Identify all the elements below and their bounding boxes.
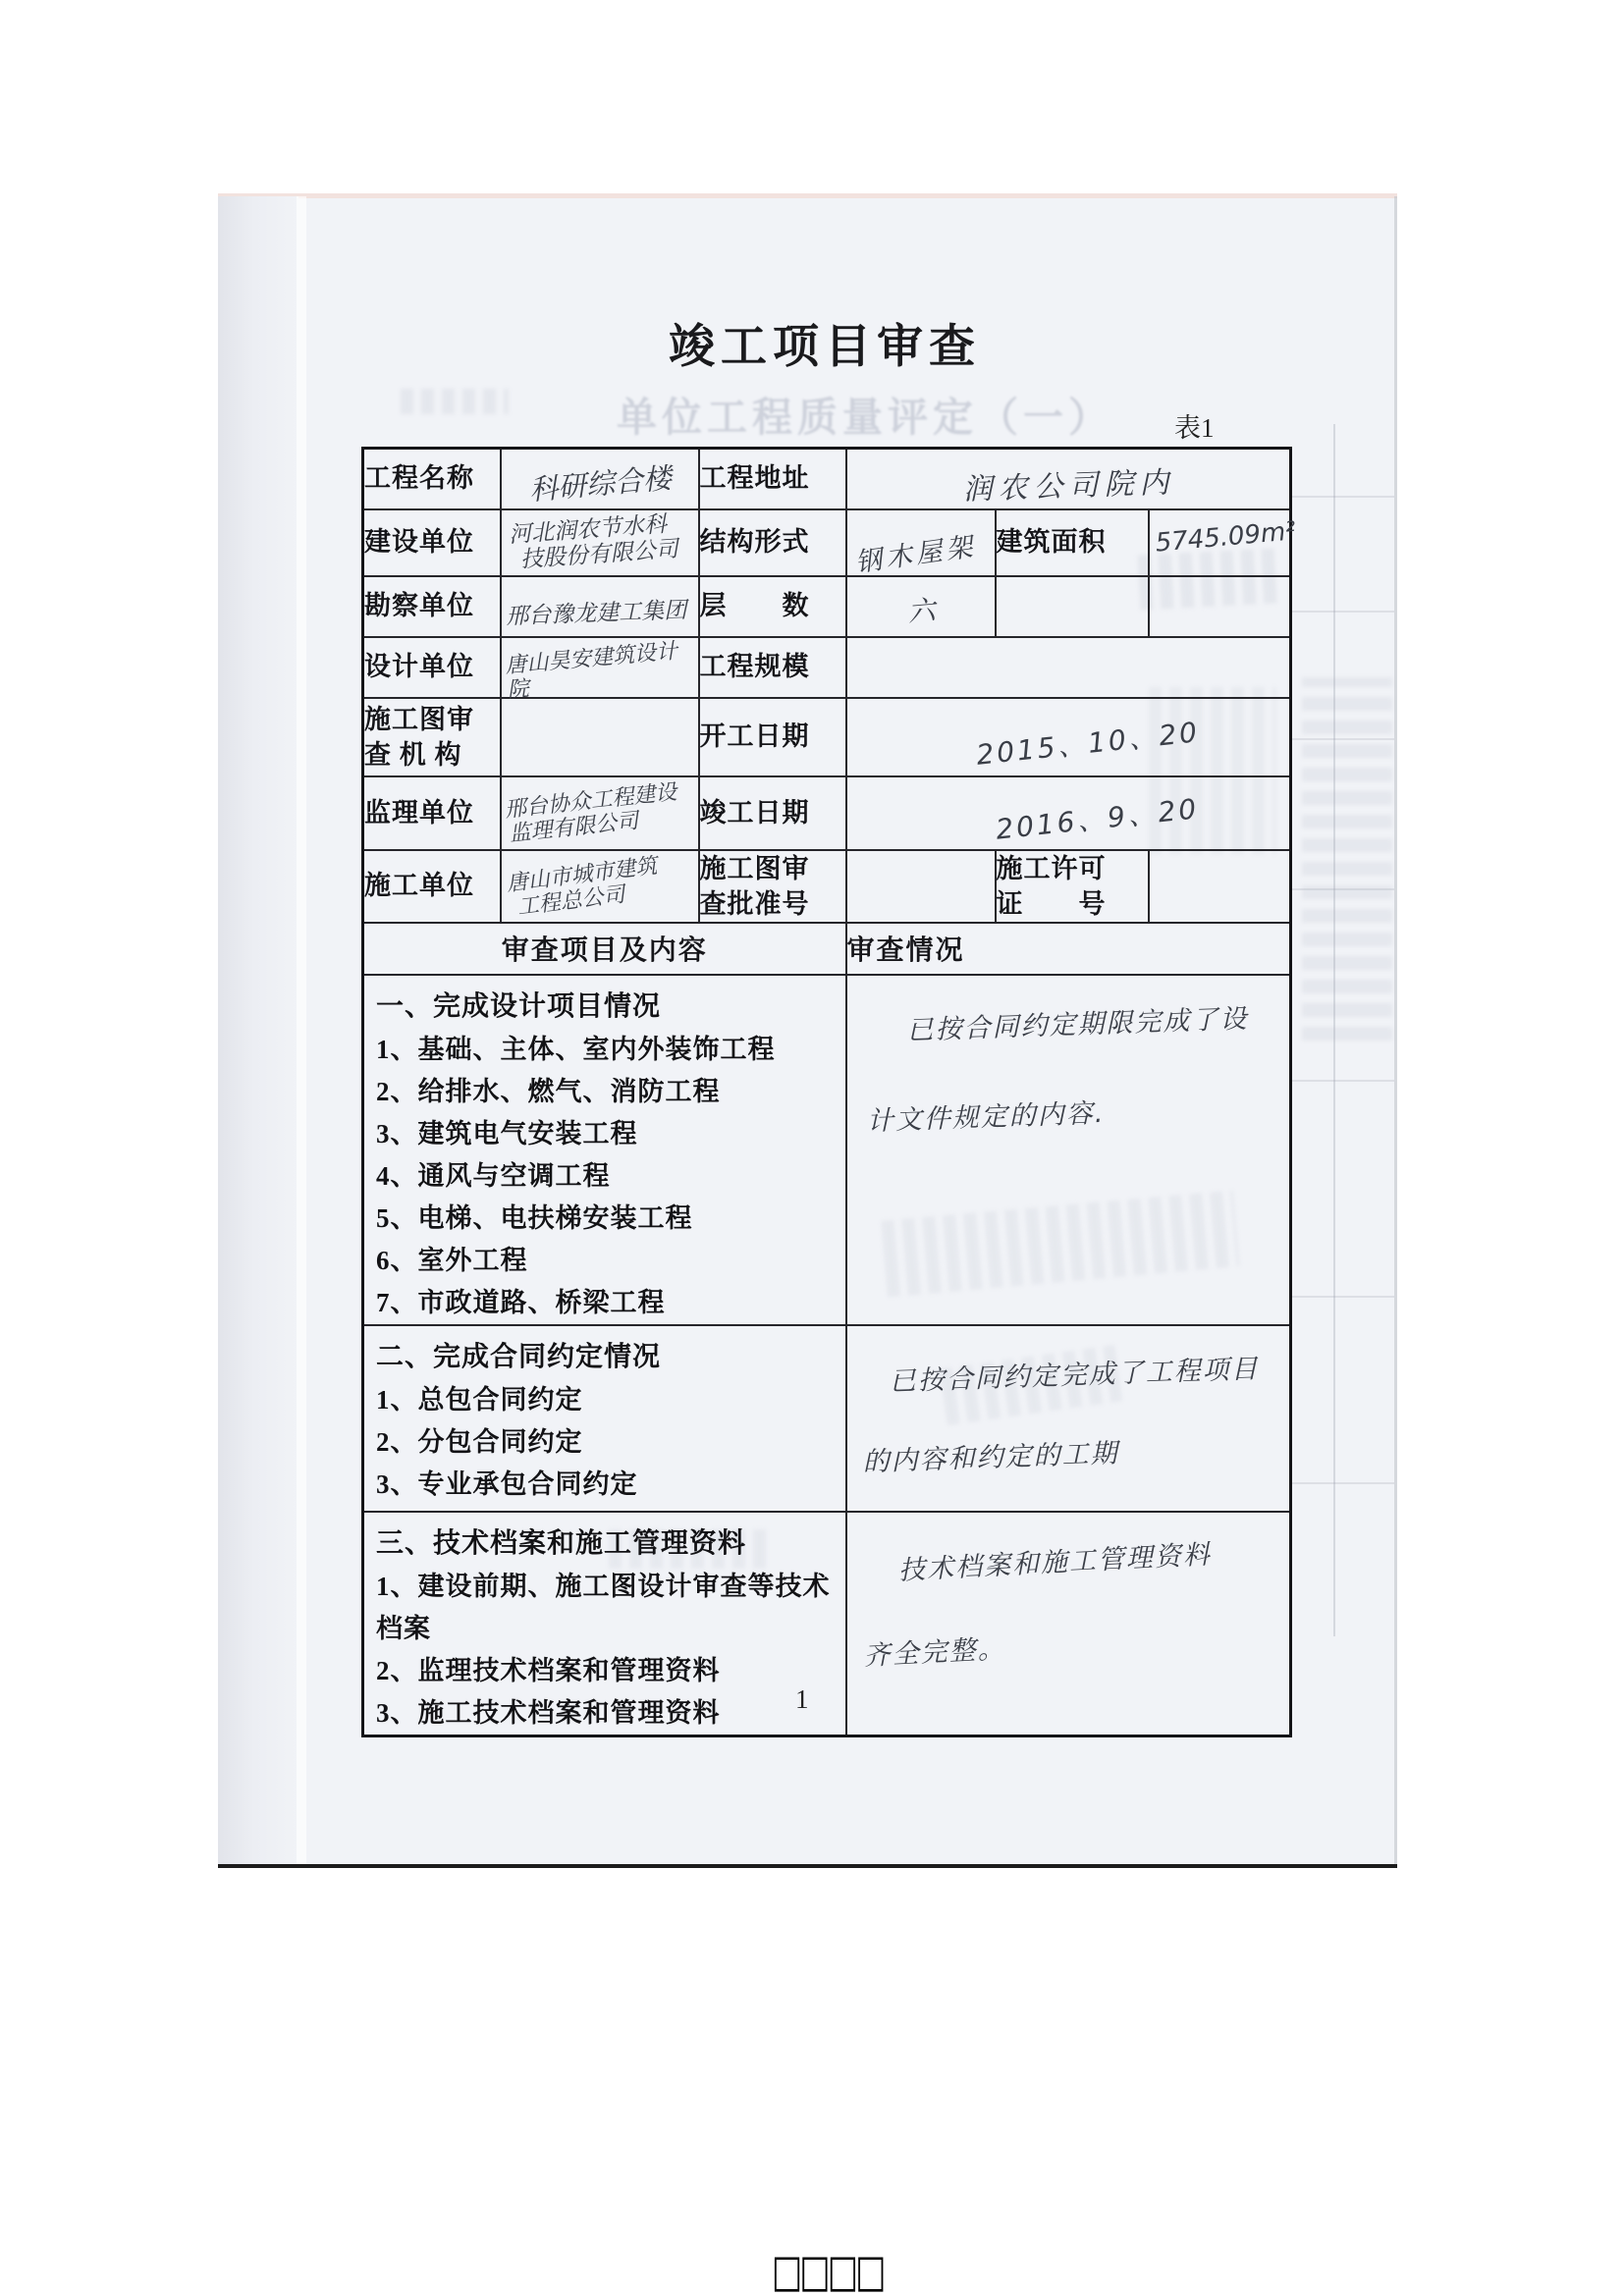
ghost-bleed-mark <box>1302 677 1392 1041</box>
page-number: 1 <box>795 1684 809 1715</box>
sheet-number-label: 表1 <box>1174 406 1215 445</box>
ghost-table-line <box>1291 1080 1394 1082</box>
ghost-table-line <box>1291 1482 1394 1484</box>
field-label-construction-owner: 建设单位 <box>363 509 501 576</box>
field-value-start-date: 2015、10、20 <box>846 698 1291 776</box>
table-row: 施工图审 查 机 构 开工日期 2015、10、20 <box>363 698 1291 776</box>
ghost-bleed-mark <box>401 389 509 414</box>
field-label-completion-date: 竣工日期 <box>699 776 846 850</box>
field-label-design-unit: 设计单位 <box>363 637 501 698</box>
scan-bottom-edge <box>218 1864 1397 1868</box>
table-row: 一、完成设计项目情况 1、基础、主体、室内外装饰工程 2、给排水、燃气、消防工程… <box>363 975 1291 1325</box>
page-title: 竣工项目审查 <box>589 310 1060 376</box>
section-archives-result: 技术档案和施工管理资料 齐全完整。 <box>846 1512 1291 1736</box>
field-value-design-unit: 唐山昊安建筑设计院 <box>501 637 699 698</box>
table-row: 二、完成合同约定情况 1、总包合同约定 2、分包合同约定 3、专业承包合同约定 … <box>363 1325 1291 1512</box>
ghost-table-line <box>1291 496 1394 498</box>
ghost-table-line <box>1291 1296 1394 1298</box>
field-value-construction-unit: 唐山市城市建筑 工程总公司 <box>501 850 699 923</box>
field-label-structure-type: 结构形式 <box>699 509 846 576</box>
table-row: 监理单位 邢台协众工程建设 监理有限公司 竣工日期 2016、9、20 <box>363 776 1291 850</box>
field-value-building-area: 5745.09m² <box>1149 509 1291 576</box>
table-row: 勘察单位 邢台豫龙建工集团 层 数 六 <box>363 576 1291 637</box>
field-value-project-scale <box>846 637 1291 698</box>
ghost-bleed-title: 单位工程质量评定（一） <box>617 385 1113 443</box>
field-value-survey-unit: 邢台豫龙建工集团 <box>501 576 699 637</box>
column-header-review-items: 审查项目及内容 <box>363 923 846 975</box>
footer-missing-glyphs: □□□□ <box>772 2244 884 2296</box>
section-contract-items: 二、完成合同约定情况 1、总包合同约定 2、分包合同约定 3、专业承包合同约定 <box>363 1325 846 1512</box>
field-label-drawing-review-agency: 施工图审 查 机 构 <box>363 698 501 776</box>
field-label-supervision-unit: 监理单位 <box>363 776 501 850</box>
scan-fold-shadow <box>218 196 298 1865</box>
field-value-project-address: 润农公司院内 <box>846 449 1291 509</box>
scan-fold-highlight <box>297 196 306 1865</box>
table-row: 建设单位 河北润农节水科 技股份有限公司 结构形式 钢木屋架 建筑面积 5745… <box>363 509 1291 576</box>
field-label-start-date: 开工日期 <box>699 698 846 776</box>
section-archives-items: 三、技术档案和施工管理资料 1、建设前期、施工图设计审查等技术档案 2、监理技术… <box>363 1512 846 1736</box>
field-value-structure-type: 钢木屋架 <box>846 509 996 576</box>
field-value-completion-date: 2016、9、20 <box>846 776 1291 850</box>
completion-review-table: 工程名称 科研综合楼 工程地址 润农公司院内 建设单位 河北润农节水科 技股份有… <box>361 447 1292 1737</box>
table-row: 三、技术档案和施工管理资料 1、建设前期、施工图设计审查等技术档案 2、监理技术… <box>363 1512 1291 1736</box>
field-value-floor-count: 六 <box>846 576 996 637</box>
table-row: 设计单位 唐山昊安建筑设计院 工程规模 <box>363 637 1291 698</box>
ghost-table-line <box>1333 424 1335 1636</box>
field-label-floor-count: 层 数 <box>699 576 846 637</box>
field-label-construction-permit-no: 施工许可 证 号 <box>996 850 1149 923</box>
empty-cell <box>1149 576 1291 637</box>
column-header-review-status: 审查情况 <box>846 923 1291 975</box>
ghost-table-line <box>1291 888 1394 890</box>
scanned-document: 单位工程质量评定（一） 竣工项目审查 表1 工程名称 科研综合楼 工程地址 润农… <box>0 0 1624 2296</box>
ghost-table-line <box>1291 738 1394 740</box>
field-label-survey-unit: 勘察单位 <box>363 576 501 637</box>
empty-cell <box>996 576 1149 637</box>
scan-top-edge <box>218 193 1397 198</box>
field-value-drawing-review-agency <box>501 698 699 776</box>
section-contract-result: 已按合同约定完成了工程项目 的内容和约定的工期 <box>846 1325 1291 1512</box>
table-row: 工程名称 科研综合楼 工程地址 润农公司院内 <box>363 449 1291 509</box>
scan-right-edge <box>1394 196 1397 1865</box>
field-value-construction-permit-no <box>1149 850 1291 923</box>
field-label-drawing-approval-no: 施工图审 查批准号 <box>699 850 846 923</box>
field-label-project-address: 工程地址 <box>699 449 846 509</box>
table-row: 施工单位 唐山市城市建筑 工程总公司 施工图审 查批准号 施工许可 证 号 <box>363 850 1291 923</box>
field-value-project-name: 科研综合楼 <box>501 449 699 509</box>
field-label-project-scale: 工程规模 <box>699 637 846 698</box>
ghost-table-line <box>1291 611 1394 613</box>
field-label-construction-unit: 施工单位 <box>363 850 501 923</box>
field-label-building-area: 建筑面积 <box>996 509 1149 576</box>
section-design-items: 一、完成设计项目情况 1、基础、主体、室内外装饰工程 2、给排水、燃气、消防工程… <box>363 975 846 1325</box>
field-value-drawing-approval-no <box>846 850 996 923</box>
field-label-project-name: 工程名称 <box>363 449 501 509</box>
table-row: 审查项目及内容 审查情况 <box>363 923 1291 975</box>
field-value-supervision-unit: 邢台协众工程建设 监理有限公司 <box>501 776 699 850</box>
field-value-construction-owner: 河北润农节水科 技股份有限公司 <box>501 509 699 576</box>
section-design-result: 已按合同约定期限完成了设 计文件规定的内容. <box>846 975 1291 1325</box>
